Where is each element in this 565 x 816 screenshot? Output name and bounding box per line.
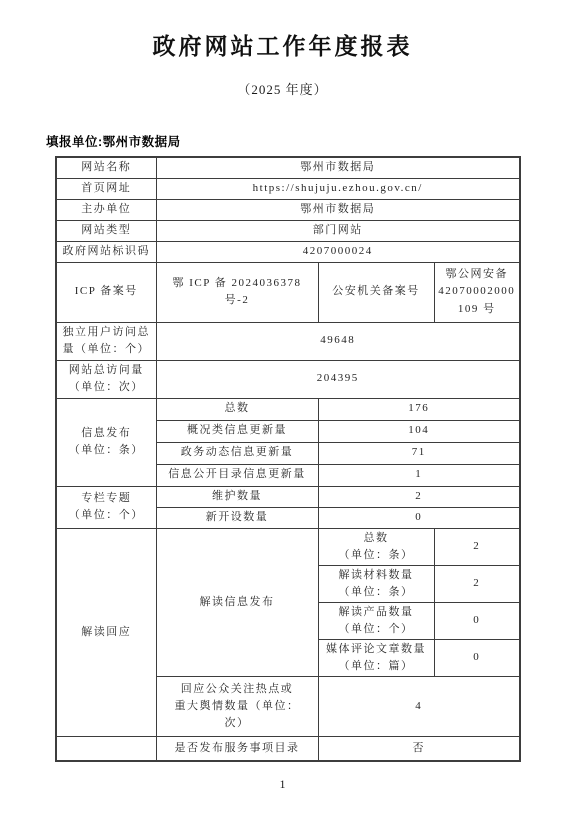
row-interpret-total: 解读回应 解读信息发布 总数 （单位：条） 2 <box>56 528 520 565</box>
page-subtitle: （2025 年度） <box>0 79 565 98</box>
sponsor-unit-value: 鄂州市数据局 <box>156 199 520 220</box>
unique-visitors-label: 独立用户访问总 量（单位：个） <box>56 322 156 360</box>
catalog-updates-value: 1 <box>318 464 520 486</box>
info-publish-total-label: 总数 <box>156 398 318 420</box>
service-catalog-label: 是否发布服务事项目录 <box>156 736 318 761</box>
row-maintained-columns: 专栏专题 （单位：个） 维护数量 2 <box>56 486 520 507</box>
site-code-value: 4207000024 <box>156 241 520 262</box>
site-name-label: 网站名称 <box>56 157 156 178</box>
info-publish-total-value: 176 <box>318 398 520 420</box>
interpret-products-value: 0 <box>434 602 520 639</box>
homepage-url-label: 首页网址 <box>56 178 156 199</box>
row-icp-record: ICP 备案号 鄂 ICP 备 2024036378 号-2 公安机关备案号 鄂… <box>56 262 520 322</box>
interpret-materials-value: 2 <box>434 565 520 602</box>
service-catalog-empty-cell <box>56 736 156 761</box>
police-record-label: 公安机关备案号 <box>318 262 434 322</box>
sponsor-unit-label: 主办单位 <box>56 199 156 220</box>
row-site-type: 网站类型 部门网站 <box>56 220 520 241</box>
service-catalog-value: 否 <box>318 736 520 761</box>
interpret-publish-label: 解读信息发布 <box>156 528 318 676</box>
report-document-page: 政府网站工作年度报表 （2025 年度） 填报单位:鄂州市数据局 网站名称 鄂州… <box>0 0 565 816</box>
new-columns-label: 新开设数量 <box>156 507 318 528</box>
interpret-response-section-label: 解读回应 <box>56 528 156 736</box>
homepage-url-value: https://shujuju.ezhou.gov.cn/ <box>156 178 520 199</box>
site-name-value: 鄂州市数据局 <box>156 157 520 178</box>
interpret-materials-label: 解读材料数量 （单位：条） <box>318 565 434 602</box>
catalog-updates-label: 信息公开目录信息更新量 <box>156 464 318 486</box>
media-comments-value: 0 <box>434 639 520 676</box>
page-title: 政府网站工作年度报表 <box>0 28 565 61</box>
row-homepage-url: 首页网址 https://shujuju.ezhou.gov.cn/ <box>56 178 520 199</box>
police-record-value: 鄂公网安备 42070002000 109 号 <box>434 262 520 322</box>
unique-visitors-value: 49648 <box>156 322 520 360</box>
overview-updates-value: 104 <box>318 420 520 442</box>
row-site-code: 政府网站标识码 4207000024 <box>56 241 520 262</box>
special-columns-section-label: 专栏专题 （单位：个） <box>56 486 156 528</box>
row-site-name: 网站名称 鄂州市数据局 <box>56 157 520 178</box>
total-visits-label: 网站总访问量 （单位：次） <box>56 360 156 398</box>
hotspot-response-value: 4 <box>318 676 520 736</box>
overview-updates-label: 概况类信息更新量 <box>156 420 318 442</box>
icp-record-value: 鄂 ICP 备 2024036378 号-2 <box>156 262 318 322</box>
maintained-columns-value: 2 <box>318 486 520 507</box>
page-number: 1 <box>0 777 565 792</box>
site-code-label: 政府网站标识码 <box>56 241 156 262</box>
interpret-total-label: 总数 （单位：条） <box>318 528 434 565</box>
row-total-visits: 网站总访问量 （单位：次） 204395 <box>56 360 520 398</box>
total-visits-value: 204395 <box>156 360 520 398</box>
interpret-products-label: 解读产品数量 （单位：个） <box>318 602 434 639</box>
row-sponsor-unit: 主办单位 鄂州市数据局 <box>56 199 520 220</box>
interpret-total-value: 2 <box>434 528 520 565</box>
info-publish-section-label: 信息发布 （单位：条） <box>56 398 156 486</box>
icp-record-label: ICP 备案号 <box>56 262 156 322</box>
site-type-label: 网站类型 <box>56 220 156 241</box>
row-unique-visitors: 独立用户访问总 量（单位：个） 49648 <box>56 322 520 360</box>
new-columns-value: 0 <box>318 507 520 528</box>
report-unit-label: 填报单位:鄂州市数据局 <box>46 132 181 150</box>
gov-news-updates-value: 71 <box>318 442 520 464</box>
gov-news-updates-label: 政务动态信息更新量 <box>156 442 318 464</box>
site-type-value: 部门网站 <box>156 220 520 241</box>
media-comments-label: 媒体评论文章数量 （单位：篇） <box>318 639 434 676</box>
maintained-columns-label: 维护数量 <box>156 486 318 507</box>
row-service-catalog: 是否发布服务事项目录 否 <box>56 736 520 761</box>
annual-report-table: 网站名称 鄂州市数据局 首页网址 https://shujuju.ezhou.g… <box>55 156 521 762</box>
hotspot-response-label: 回应公众关注热点或 重大舆情数量（单位： 次） <box>156 676 318 736</box>
row-info-publish-total: 信息发布 （单位：条） 总数 176 <box>56 398 520 420</box>
